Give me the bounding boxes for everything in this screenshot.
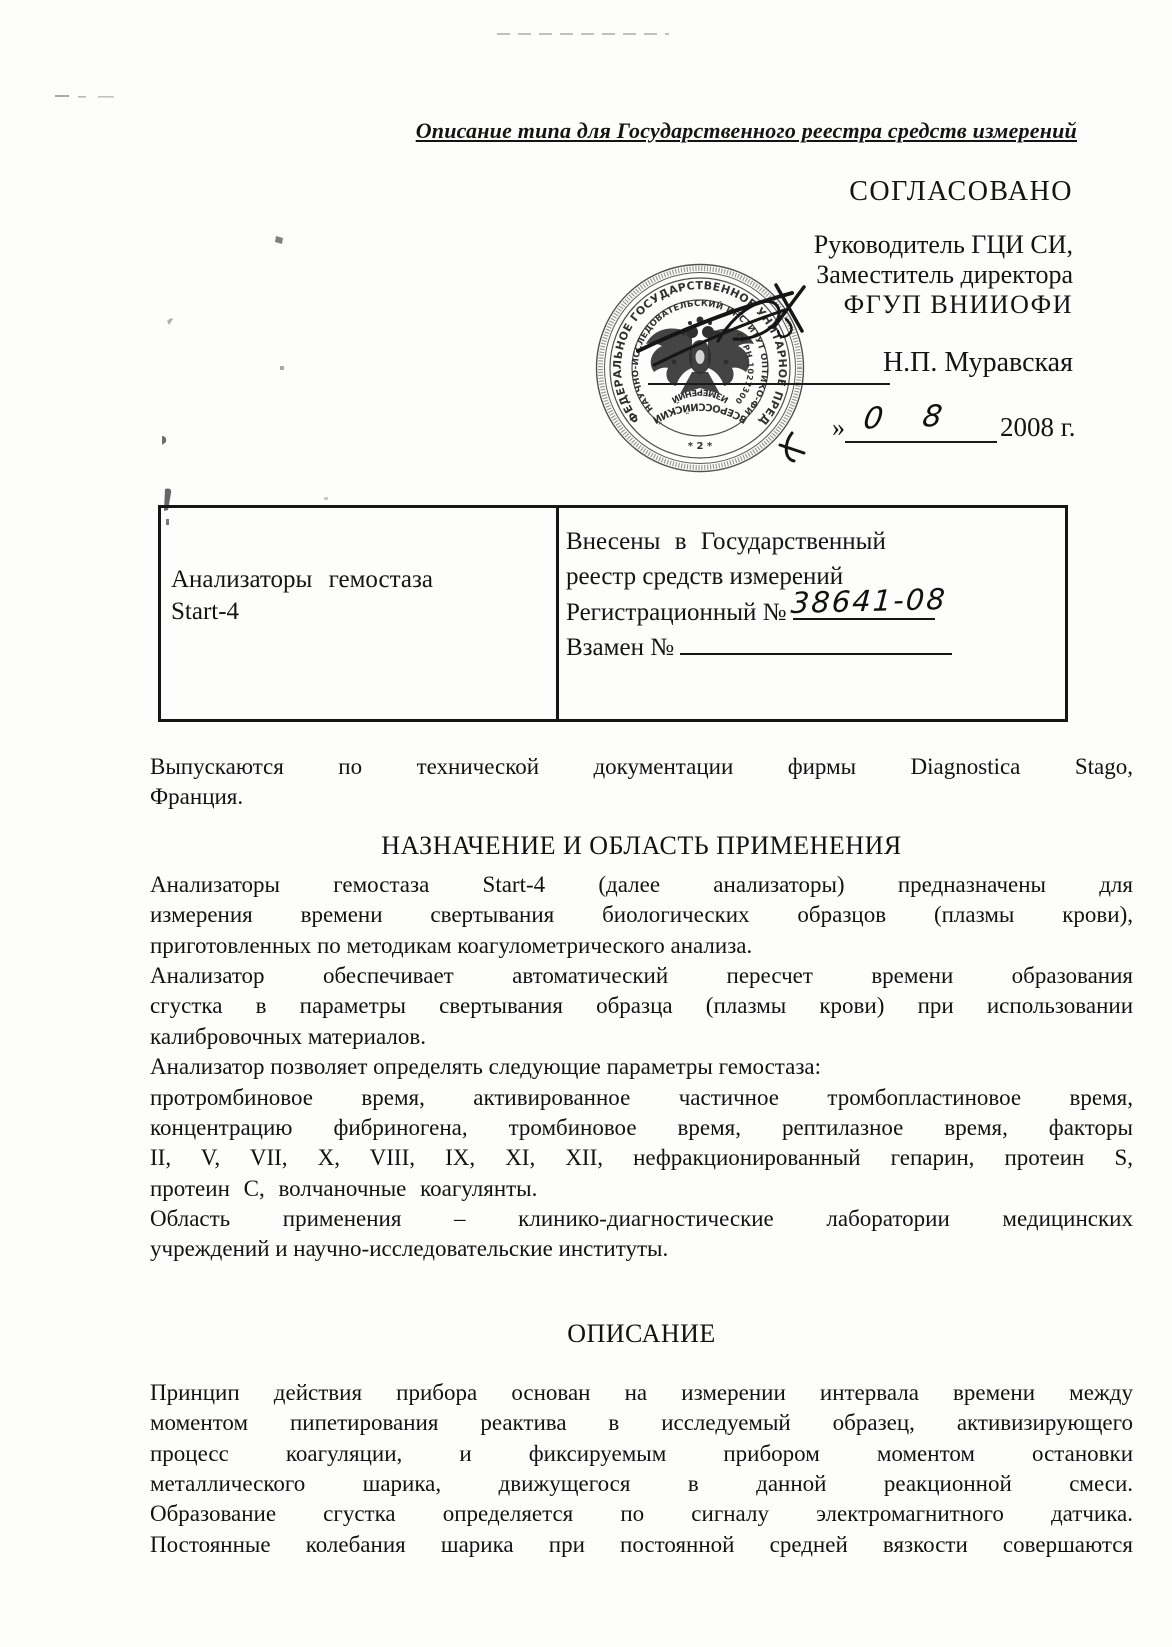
date-fill-line	[845, 441, 997, 443]
registration-number-fill-line: 38641-08	[793, 594, 935, 620]
registration-number-row: Регистрационный № 38641-08	[566, 594, 1057, 629]
replaces-label: Взамен №	[566, 634, 674, 661]
handwritten-date-month: 0 8	[861, 398, 959, 436]
body-line: Выпускаются по технической документации …	[150, 752, 1133, 782]
body-line: Анализаторы гемостаза Start-4 (далее ана…	[150, 870, 1133, 900]
instrument-model: Start-4	[171, 596, 550, 628]
scan-artifact-dashes	[497, 33, 669, 35]
date-quote-mark: »	[832, 413, 845, 443]
body-line: сгустка в параметры свертывания образца …	[150, 991, 1133, 1021]
replaces-row: Взамен №	[566, 629, 1057, 664]
body-line: протромбиновое время, активированное час…	[150, 1083, 1133, 1113]
body-line: Образование сгустка определяется по сигн…	[150, 1499, 1133, 1529]
instrument-name-cell: Анализаторы гемостаза Start-4	[161, 508, 559, 719]
body-line: металлического шарика, движущегося в дан…	[150, 1469, 1133, 1499]
section-title-purpose: НАЗНАЧЕНИЕ И ОБЛАСТЬ ПРИМЕНЕНИЯ	[150, 830, 1133, 861]
body-line: Постоянные колебания шарика при постоянн…	[150, 1530, 1133, 1560]
body-line: Анализатор позволяет определять следующи…	[150, 1052, 1133, 1082]
replaces-fill-line	[680, 629, 952, 655]
body-line: моментом пипетирования реактива в исслед…	[150, 1408, 1133, 1438]
registration-table: Анализаторы гемостаза Start-4 Внесены в …	[158, 505, 1068, 722]
body-line: II, V, VII, X, VIII, IX, XI, XII, нефрак…	[150, 1143, 1133, 1173]
date-year: 2008 г.	[1000, 412, 1076, 443]
document-body: Выпускаются по технической документации …	[150, 752, 1133, 1560]
handwritten-registration-number: 38641-08	[790, 582, 948, 621]
section-title-description: ОПИСАНИЕ	[150, 1318, 1133, 1349]
body-line: Область применения – клинико-диагностиче…	[150, 1204, 1133, 1234]
registration-number-label: Регистрационный №	[566, 599, 787, 626]
registration-entry-cell: Внесены в Государственный реестр средств…	[559, 508, 1065, 719]
scanned-document-page: Описание типа для Государственного реест…	[0, 0, 1172, 1647]
signer-name: Н.П. Муравская	[883, 347, 1073, 379]
entry-line: Внесены в Государственный	[566, 524, 1057, 559]
document-type-note: Описание типа для Государственного реест…	[416, 118, 1077, 144]
instrument-name-line: Анализаторы гемостаза	[171, 564, 550, 596]
body-line: процесс коагуляции, и фиксируемым прибор…	[150, 1439, 1133, 1469]
body-line: Анализатор обеспечивает автоматический п…	[150, 961, 1133, 991]
body-line: измерения времени свертывания биологичес…	[150, 900, 1133, 930]
body-line: концентрацию фибриногена, тромбиновое вр…	[150, 1113, 1133, 1143]
body-line: Принцип действия прибора основан на изме…	[150, 1378, 1133, 1408]
approved-title: СОГЛАСОВАНО	[849, 176, 1073, 208]
